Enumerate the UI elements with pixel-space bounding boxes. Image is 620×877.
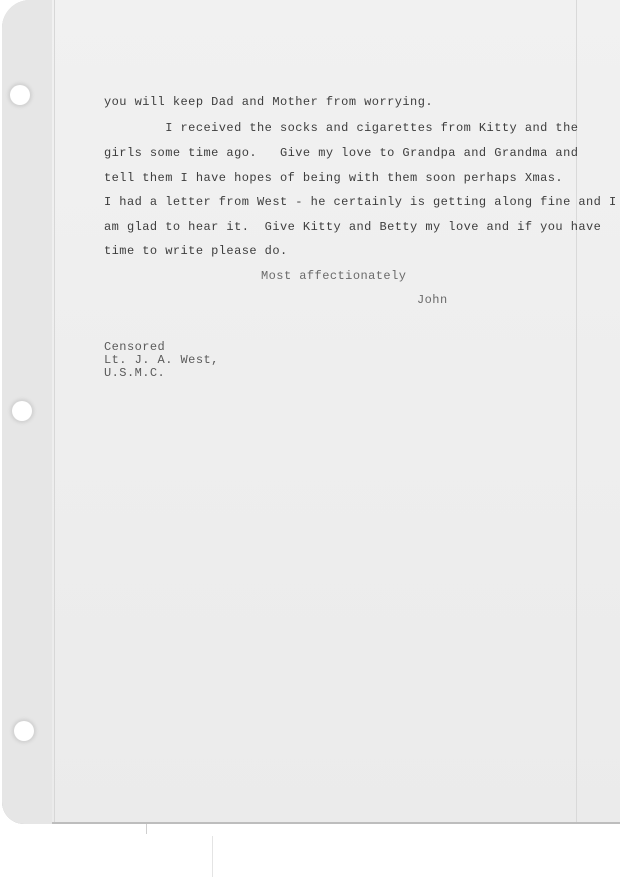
signature: John bbox=[417, 292, 448, 308]
letter-line-4: tell them I have hopes of being with the… bbox=[104, 170, 563, 186]
punch-hole-middle bbox=[12, 401, 32, 421]
scan-artifact-line-2 bbox=[212, 836, 213, 877]
scan-artifact-line bbox=[146, 824, 147, 834]
censor-line-3: U.S.M.C. bbox=[104, 367, 165, 380]
letter-line-6: am glad to hear it. Give Kitty and Betty… bbox=[104, 219, 601, 235]
letter-line-7: time to write please do. bbox=[104, 243, 288, 259]
punch-hole-top bbox=[10, 85, 30, 105]
letter-line-1: you will keep Dad and Mother from worryi… bbox=[104, 94, 433, 110]
closing: Most affectionately bbox=[261, 268, 406, 284]
punch-hole-bottom bbox=[14, 721, 34, 741]
letter-page: you will keep Dad and Mother from worryi… bbox=[2, 0, 620, 824]
letter-line-2: I received the socks and cigarettes from… bbox=[104, 120, 578, 136]
letter-line-3: girls some time ago. Give my love to Gra… bbox=[104, 145, 578, 161]
margin-rule-left bbox=[54, 0, 55, 822]
letter-line-5: I had a letter from West - he certainly … bbox=[104, 194, 617, 210]
